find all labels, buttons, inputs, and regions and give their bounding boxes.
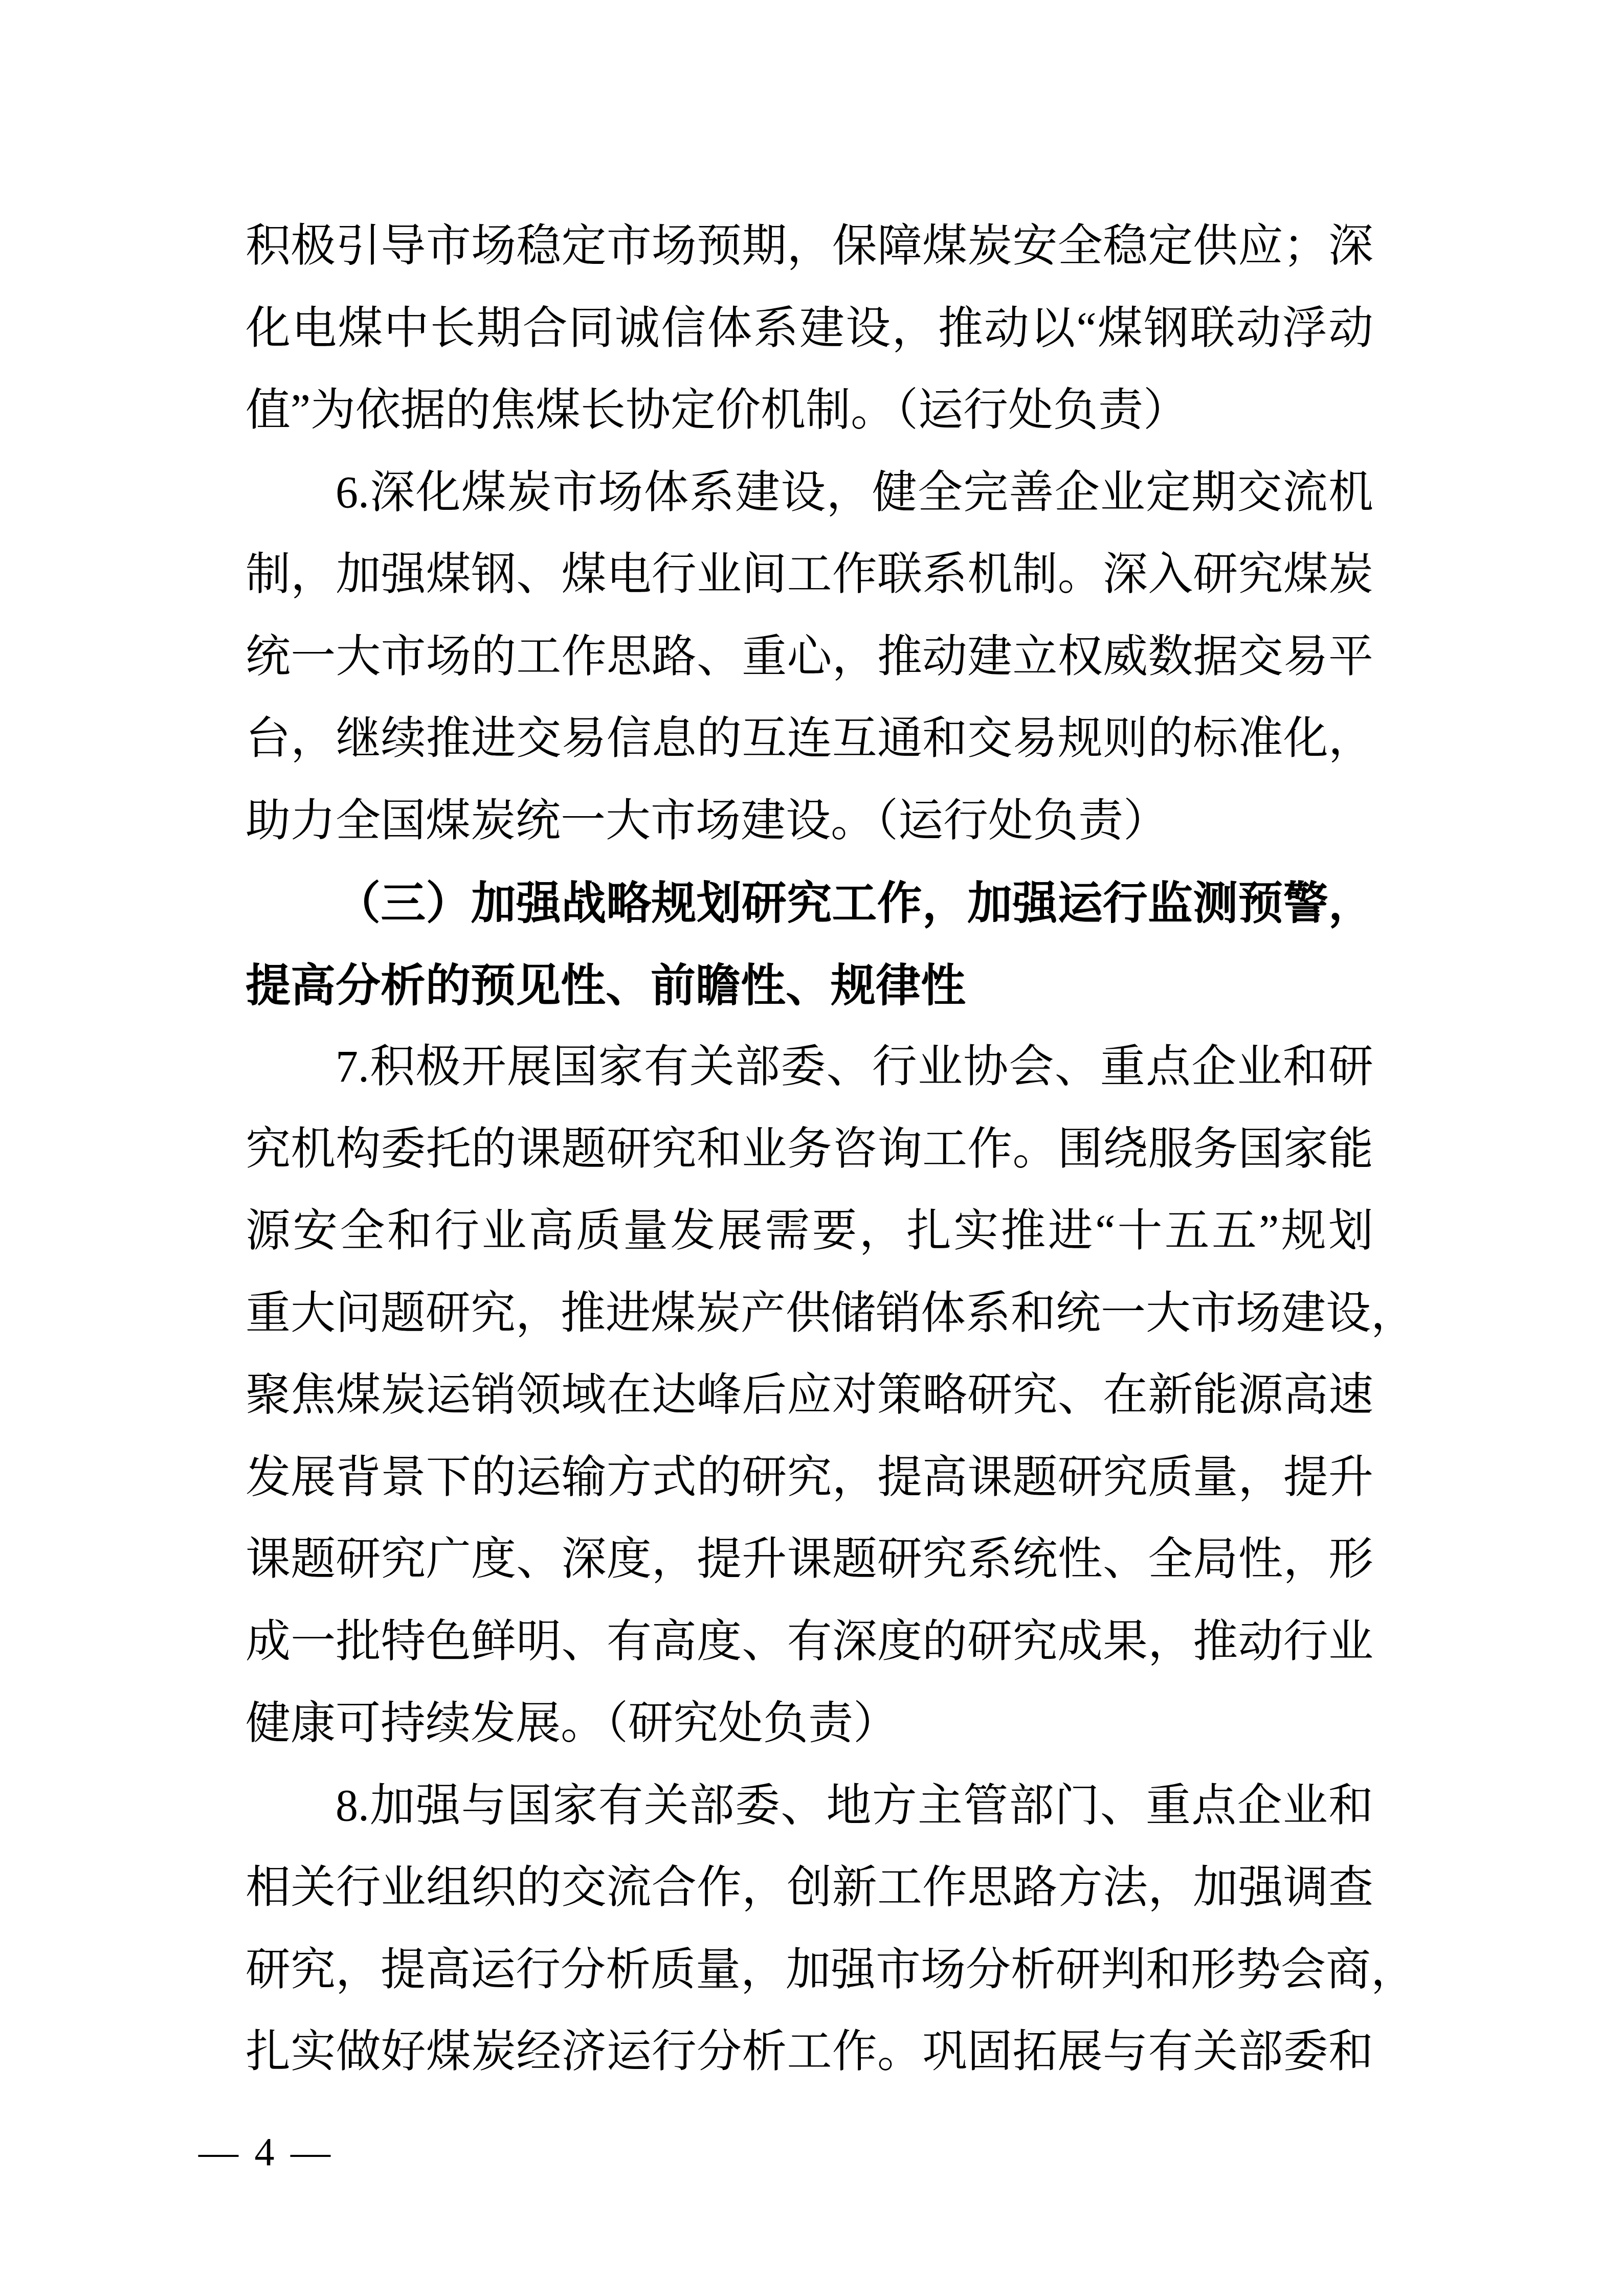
text-line: 统一大市场的工作思路、重心，推动建立权威数据交易平 — [246, 616, 1373, 699]
text-line: 成一批特色鲜明、有高度、有深度的研究成果，推动行业 — [246, 1601, 1373, 1683]
text-line: 相关行业组织的交流合作，创新工作思路方法，加强调查 — [246, 1847, 1373, 1929]
text-line: 课题研究广度、深度，提升课题研究系统性、全局性，形 — [246, 1519, 1373, 1601]
text-line: 究机构委托的课题研究和业务咨询工作。围绕服务国家能 — [246, 1109, 1373, 1191]
text-line: 扎实做好煤炭经济运行分析工作。巩固拓展与有关部委和 — [246, 2011, 1373, 2094]
text-line: 制，加强煤钢、煤电行业间工作联系机制。深入研究煤炭 — [246, 534, 1373, 616]
text-line: 助力全国煤炭统一大市场建设。（运行处负责） — [246, 780, 1373, 863]
text-line: 7.积极开展国家有关部委、行业协会、重点企业和研 — [246, 1026, 1373, 1109]
text-line: 重大问题研究，推进煤炭产供储销体系和统一大市场建设， — [246, 1273, 1373, 1355]
text-line: 值”为依据的焦煤长协定价机制。（运行处负责） — [246, 370, 1373, 452]
text-line: 6.深化煤炭市场体系建设，健全完善企业定期交流机 — [246, 452, 1373, 534]
page-number: — 4 — — [198, 2126, 333, 2177]
text-line: 研究，提高运行分析质量，加强市场分析研判和形势会商， — [246, 1929, 1373, 2012]
text-line: 积极引导市场稳定市场预期，保障煤炭安全稳定供应；深 — [246, 206, 1373, 288]
text-line: 发展背景下的运输方式的研究，提高课题研究质量，提升 — [246, 1437, 1373, 1519]
text-line: 8.加强与国家有关部委、地方主管部门、重点企业和 — [246, 1765, 1373, 1848]
section-heading-line: （三）加强战略规划研究工作，加强运行监测预警， — [246, 862, 1373, 944]
document-body: 积极引导市场稳定市场预期，保障煤炭安全稳定供应；深 化电煤中长期合同诚信体系建设… — [246, 206, 1373, 2094]
text-line: 源安全和行业高质量发展需要，扎实推进“十五五”规划 — [246, 1190, 1373, 1273]
text-line: 健康可持续发展。（研究处负责） — [246, 1683, 1373, 1765]
text-line: 台，继续推进交易信息的互连互通和交易规则的标准化， — [246, 698, 1373, 780]
text-line: 化电煤中长期合同诚信体系建设，推动以“煤钢联动浮动 — [246, 288, 1373, 370]
section-heading-line: 提高分析的预见性、前瞻性、规律性 — [246, 944, 1373, 1027]
text-line: 聚焦煤炭运销领域在达峰后应对策略研究、在新能源高速 — [246, 1355, 1373, 1437]
document-page: 积极引导市场稳定市场预期，保障煤炭安全稳定供应；深 化电煤中长期合同诚信体系建设… — [0, 0, 1624, 2296]
